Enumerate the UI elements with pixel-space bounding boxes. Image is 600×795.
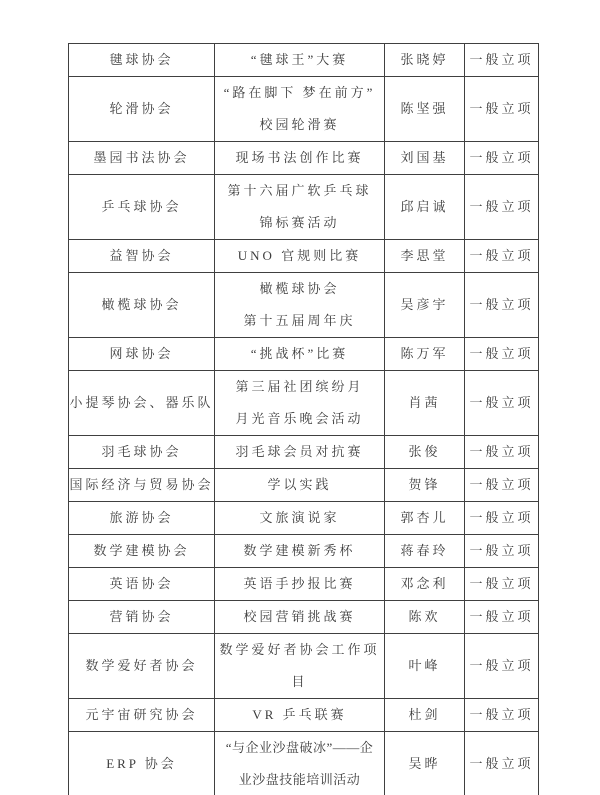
leader-cell: 刘国基 — [385, 142, 465, 175]
table-row: 数学爱好者协会 数学爱好者协会工作项目 叶峰 一般立项 — [69, 634, 539, 699]
status-cell: 一般立项 — [465, 273, 539, 338]
association-cell: ERP 协会 — [69, 732, 215, 795]
table-row: 乒乓球协会 第十六届广软乒乓球 锦标赛活动 邱启诚 一般立项 — [69, 175, 539, 240]
leader-cell: 陈万军 — [385, 338, 465, 371]
association-cell: 数学建模协会 — [69, 535, 215, 568]
status-cell: 一般立项 — [465, 142, 539, 175]
association-cell: 旅游协会 — [69, 502, 215, 535]
leader-cell: 张晓婷 — [385, 44, 465, 77]
association-cell: 毽球协会 — [69, 44, 215, 77]
leader-cell: 贺锋 — [385, 469, 465, 502]
association-cell: 益智协会 — [69, 240, 215, 273]
project-approval-table: 毽球协会 “毽球王”大赛 张晓婷 一般立项 轮滑协会 “路在脚下 梦在前方” 校… — [68, 43, 539, 795]
association-cell: 网球协会 — [69, 338, 215, 371]
table-row: 羽毛球协会 羽毛球会员对抗赛 张俊 一般立项 — [69, 436, 539, 469]
leader-cell: 吴彦宇 — [385, 273, 465, 338]
event-cell: “与企业沙盘破冰”——企 业沙盘技能培训活动 — [215, 732, 385, 795]
association-cell: 营销协会 — [69, 601, 215, 634]
table-row: 网球协会 “挑战杯”比赛 陈万军 一般立项 — [69, 338, 539, 371]
leader-cell: 邱启诚 — [385, 175, 465, 240]
table-row: 营销协会 校园营销挑战赛 陈欢 一般立项 — [69, 601, 539, 634]
table-row: 小提琴协会、器乐队 第三届社团缤纷月 月光音乐晚会活动 肖茜 一般立项 — [69, 371, 539, 436]
event-cell: 文旅演说家 — [215, 502, 385, 535]
table-row: 益智协会 UNO 官规则比赛 李思堂 一般立项 — [69, 240, 539, 273]
leader-cell: 张俊 — [385, 436, 465, 469]
event-cell: 学以实践 — [215, 469, 385, 502]
event-cell: 现场书法创作比赛 — [215, 142, 385, 175]
table-row: 英语协会 英语手抄报比赛 邓念利 一般立项 — [69, 568, 539, 601]
association-cell: 墨园书法协会 — [69, 142, 215, 175]
status-cell: 一般立项 — [465, 699, 539, 732]
table-row: 轮滑协会 “路在脚下 梦在前方” 校园轮滑赛 陈坚强 一般立项 — [69, 77, 539, 142]
table-row: 数学建模协会 数学建模新秀杯 蒋春玲 一般立项 — [69, 535, 539, 568]
association-cell: 元宇宙研究协会 — [69, 699, 215, 732]
table-row: 墨园书法协会 现场书法创作比赛 刘国基 一般立项 — [69, 142, 539, 175]
event-cell: 数学爱好者协会工作项目 — [215, 634, 385, 699]
leader-cell: 蒋春玲 — [385, 535, 465, 568]
status-cell: 一般立项 — [465, 240, 539, 273]
event-cell: “路在脚下 梦在前方” 校园轮滑赛 — [215, 77, 385, 142]
association-cell: 轮滑协会 — [69, 77, 215, 142]
status-cell: 一般立项 — [465, 732, 539, 795]
leader-cell: 杜剑 — [385, 699, 465, 732]
status-cell: 一般立项 — [465, 175, 539, 240]
table-row: 旅游协会 文旅演说家 郭杏儿 一般立项 — [69, 502, 539, 535]
event-cell: 校园营销挑战赛 — [215, 601, 385, 634]
leader-cell: 吴晔 — [385, 732, 465, 795]
event-cell: 英语手抄报比赛 — [215, 568, 385, 601]
leader-cell: 陈坚强 — [385, 77, 465, 142]
event-cell: 第十六届广软乒乓球 锦标赛活动 — [215, 175, 385, 240]
event-cell: UNO 官规则比赛 — [215, 240, 385, 273]
event-cell: 第三届社团缤纷月 月光音乐晚会活动 — [215, 371, 385, 436]
status-cell: 一般立项 — [465, 568, 539, 601]
leader-cell: 肖茜 — [385, 371, 465, 436]
status-cell: 一般立项 — [465, 502, 539, 535]
table-row: 元宇宙研究协会 VR 乒乓联赛 杜剑 一般立项 — [69, 699, 539, 732]
association-cell: 羽毛球协会 — [69, 436, 215, 469]
event-cell: VR 乒乓联赛 — [215, 699, 385, 732]
status-cell: 一般立项 — [465, 436, 539, 469]
association-cell: 英语协会 — [69, 568, 215, 601]
event-cell: 橄榄球协会 第十五届周年庆 — [215, 273, 385, 338]
association-cell: 数学爱好者协会 — [69, 634, 215, 699]
status-cell: 一般立项 — [465, 338, 539, 371]
association-cell: 小提琴协会、器乐队 — [69, 371, 215, 436]
event-cell: “毽球王”大赛 — [215, 44, 385, 77]
leader-cell: 邓念利 — [385, 568, 465, 601]
association-cell: 乒乓球协会 — [69, 175, 215, 240]
table-row: ERP 协会 “与企业沙盘破冰”——企 业沙盘技能培训活动 吴晔 一般立项 — [69, 732, 539, 795]
leader-cell: 李思堂 — [385, 240, 465, 273]
approval-table-body: 毽球协会 “毽球王”大赛 张晓婷 一般立项 轮滑协会 “路在脚下 梦在前方” 校… — [69, 44, 539, 795]
status-cell: 一般立项 — [465, 601, 539, 634]
leader-cell: 郭杏儿 — [385, 502, 465, 535]
association-cell: 橄榄球协会 — [69, 273, 215, 338]
table-row: 橄榄球协会 橄榄球协会 第十五届周年庆 吴彦宇 一般立项 — [69, 273, 539, 338]
status-cell: 一般立项 — [465, 535, 539, 568]
status-cell: 一般立项 — [465, 77, 539, 142]
event-cell: “挑战杯”比赛 — [215, 338, 385, 371]
table-row: 国际经济与贸易协会 学以实践 贺锋 一般立项 — [69, 469, 539, 502]
event-cell: 数学建模新秀杯 — [215, 535, 385, 568]
document-page: 毽球协会 “毽球王”大赛 张晓婷 一般立项 轮滑协会 “路在脚下 梦在前方” 校… — [0, 0, 600, 795]
association-cell: 国际经济与贸易协会 — [69, 469, 215, 502]
leader-cell: 陈欢 — [385, 601, 465, 634]
leader-cell: 叶峰 — [385, 634, 465, 699]
status-cell: 一般立项 — [465, 469, 539, 502]
status-cell: 一般立项 — [465, 371, 539, 436]
table-row: 毽球协会 “毽球王”大赛 张晓婷 一般立项 — [69, 44, 539, 77]
status-cell: 一般立项 — [465, 44, 539, 77]
status-cell: 一般立项 — [465, 634, 539, 699]
event-cell: 羽毛球会员对抗赛 — [215, 436, 385, 469]
